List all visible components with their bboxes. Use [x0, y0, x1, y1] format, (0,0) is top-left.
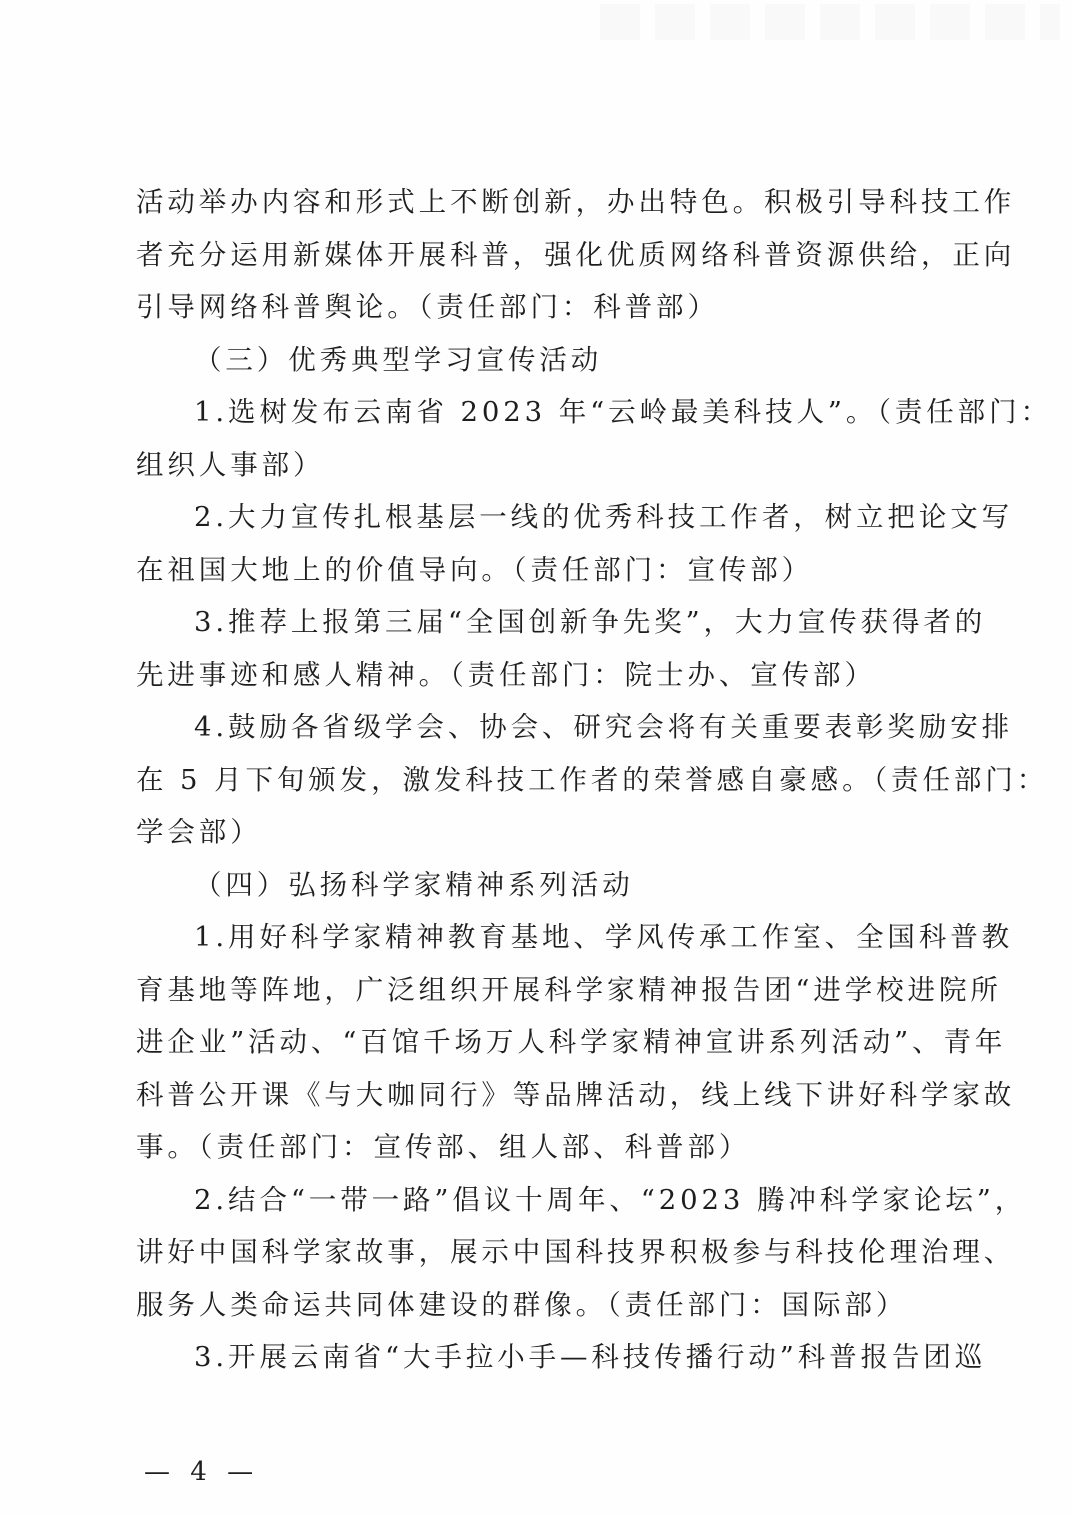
text-line: 讲好中国科学家故事，展示中国科技界积极参与科技伦理治理、 — [136, 1226, 941, 1279]
text-line: 学会部） — [136, 806, 941, 859]
text-line: 服务人类命运共同体建设的群像。（责任部门：国际部） — [136, 1279, 941, 1332]
list-item-2: 2.大力宣传扎根基层一线的优秀科技工作者，树立把论文写 — [136, 491, 941, 544]
list-item-2: 2.结合“一带一路”倡议十周年、“2023 腾冲科学家论坛”， — [136, 1174, 941, 1227]
list-item-1: 1.选树发布云南省 2023 年“云岭最美科技人”。（责任部门： — [136, 386, 941, 439]
scan-bleed-through — [600, 4, 1060, 40]
document-body: 活动举办内容和形式上不断创新，办出特色。积极引导科技工作 者充分运用新媒体开展科… — [136, 176, 941, 1384]
text-line: 者充分运用新媒体开展科普，强化优质网络科普资源供给，正向 — [136, 229, 941, 282]
text-line: 组织人事部） — [136, 439, 941, 492]
text-line: 进企业”活动、“百馆千场万人科学家精神宣讲系列活动”、青年 — [136, 1016, 941, 1069]
section-heading-4: （四）弘扬科学家精神系列活动 — [136, 859, 941, 912]
text-line: 在祖国大地上的价值导向。（责任部门：宣传部） — [136, 544, 941, 597]
list-item-1: 1.用好科学家精神教育基地、学风传承工作室、全国科普教 — [136, 911, 941, 964]
text-line: 在 5 月下旬颁发，激发科技工作者的荣誉感自豪感。（责任部门： — [136, 754, 941, 807]
list-item-4: 4.鼓励各省级学会、协会、研究会将有关重要表彰奖励安排 — [136, 701, 941, 754]
page-number: — 4 — — [144, 1452, 259, 1492]
document-page: 活动举办内容和形式上不断创新，办出特色。积极引导科技工作 者充分运用新媒体开展科… — [0, 0, 1071, 1515]
list-item-3: 3.开展云南省“大手拉小手—科技传播行动”科普报告团巡 — [136, 1331, 941, 1384]
text-line: 育基地等阵地，广泛组织开展科学家精神报告团“进学校进院所 — [136, 964, 941, 1017]
list-item-3: 3.推荐上报第三届“全国创新争先奖”，大力宣传获得者的 — [136, 596, 941, 649]
section-heading-3: （三）优秀典型学习宣传活动 — [136, 334, 941, 387]
text-line: 先进事迹和感人精神。（责任部门：院士办、宣传部） — [136, 649, 941, 702]
text-line: 科普公开课《与大咖同行》等品牌活动，线上线下讲好科学家故 — [136, 1069, 941, 1122]
text-line: 引导网络科普舆论。（责任部门：科普部） — [136, 281, 941, 334]
text-line: 事。（责任部门：宣传部、组人部、科普部） — [136, 1121, 941, 1174]
text-line: 活动举办内容和形式上不断创新，办出特色。积极引导科技工作 — [136, 176, 941, 229]
